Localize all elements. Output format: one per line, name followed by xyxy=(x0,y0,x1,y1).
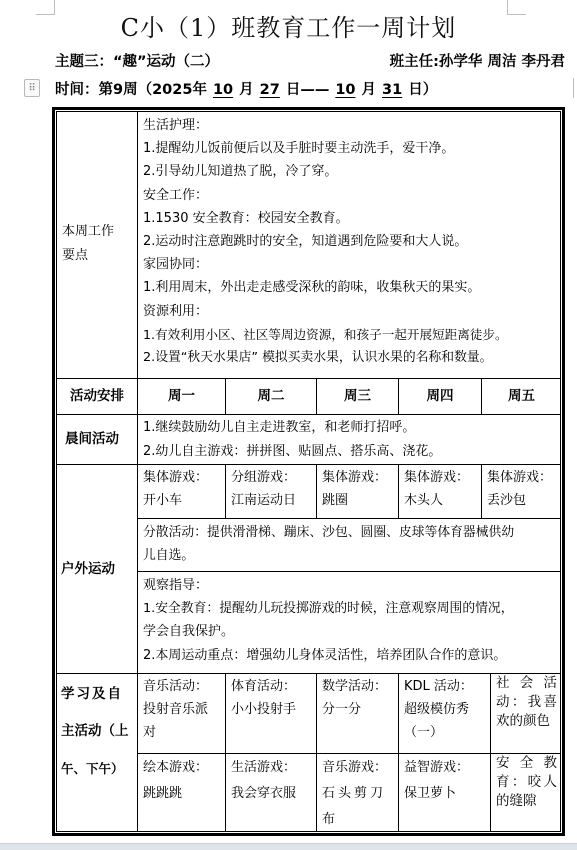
learning-fri-am: 社会活 动：我喜 欢的颜色 xyxy=(491,674,561,753)
timeline: 时间：第9周（2025年10月27日——10月31日） xyxy=(55,79,437,101)
timeline-suffix: 日） xyxy=(408,82,437,98)
morning-line: 2.幼儿自主游戏：拼拼图、贴圆点、搭乐高、浇花。 xyxy=(143,440,561,464)
label-line: 主活动（上 xyxy=(61,713,137,750)
learning-mon-am: 音乐活动： 投射音乐派 对 xyxy=(138,675,225,753)
month-label: 月 xyxy=(239,82,254,98)
schedule-header-label: 活动安排 xyxy=(57,379,137,414)
learning-fri-pm: 安全教 育：咬人 的缝隙 xyxy=(491,754,561,832)
end-day: 31 xyxy=(376,82,408,98)
game-name: 江南运动日 xyxy=(231,489,316,512)
month-label: 月 xyxy=(362,82,377,98)
activity-type: 音乐游戏： xyxy=(322,755,398,781)
learning-tue-pm: 生活游戏： 我会穿衣服 xyxy=(226,755,316,832)
game-name: 木头人 xyxy=(404,489,481,512)
ruler-tick xyxy=(573,78,577,98)
morning-label: 晨间活动 xyxy=(57,415,137,464)
focus-line: 1.利用周末，外出走走感受深秋的韵味，收集秋天的果实。 xyxy=(143,276,561,299)
outdoor-game-mon: 集体游戏： 开小车 xyxy=(138,465,225,518)
outdoor-game-thu: 集体游戏： 木头人 xyxy=(399,465,481,518)
end-month: 10 xyxy=(329,82,361,98)
activity-name: 欢的颜色 xyxy=(496,712,557,731)
outdoor-game-wed: 集体游戏： 跳圈 xyxy=(317,465,398,518)
learning-wed-pm: 音乐游戏： 石头剪刀 布 xyxy=(317,755,398,832)
learning-thu-am: KDL 活动： 超级模仿秀 （一） xyxy=(399,675,490,753)
scattered-line: 儿自选。 xyxy=(143,544,561,567)
label-line: 要点 xyxy=(62,244,137,268)
focus-line: 生活护理： xyxy=(143,114,561,137)
focus-line: 1.提醒幼儿饭前便后以及手脏时要主动洗手，爱干净。 xyxy=(143,137,561,160)
weekly-focus-label: 本周工作 要点 xyxy=(57,220,137,270)
guidance-line: 学会自我保护。 xyxy=(143,620,561,643)
page-bottom-bar xyxy=(0,843,577,850)
timeline-prefix: 时间：第9周（2025年 xyxy=(55,82,207,98)
label-line: 本周工作 xyxy=(62,220,137,244)
activity-name: 投射音乐派 xyxy=(143,698,225,721)
day-header-fri: 周五 xyxy=(482,379,561,414)
learning-mon-pm: 绘本游戏： 跳跳跳 xyxy=(138,755,225,832)
focus-line: 2.引导幼儿知道热了脱，冷了穿。 xyxy=(143,160,561,183)
activity-type: 社会活 xyxy=(496,674,557,693)
activity-name: 育：咬人 xyxy=(496,773,557,792)
learning-label: 学习及自 主活动（上 午、下午） xyxy=(57,676,137,832)
focus-line: 资源利用： xyxy=(143,300,561,323)
date-separator: 日—— xyxy=(286,82,330,98)
focus-line: 1.有效利用小区、社区等周边资源，和孩子一起开展短距离徒步。 xyxy=(143,323,561,346)
activity-type: 数学活动： xyxy=(322,675,398,698)
activity-type: 体育活动： xyxy=(231,675,316,698)
activity-name: 跳跳跳 xyxy=(143,781,225,807)
morning-content: 1.继续鼓励幼儿自主走进教室，和老师打招呼。 2.幼儿自主游戏：拼拼图、贴圆点、… xyxy=(138,415,561,464)
activity-type: 生活游戏： xyxy=(231,755,316,781)
outdoor-game-fri: 集体游戏： 丢沙包 xyxy=(482,465,561,518)
activity-name: 分一分 xyxy=(322,698,398,721)
activity-name: 布 xyxy=(322,807,398,832)
guidance-line: 1.安全教育：提醒幼儿玩投掷游戏的时候，注意观察周围的情况， xyxy=(143,597,561,620)
activity-name: 的缝隙 xyxy=(496,792,557,811)
subtitle-row: 主题三：“趣”运动（二） 班主任:孙学华 周洁 李丹君 xyxy=(55,51,565,73)
activity-name: 小小投射手 xyxy=(231,698,316,721)
focus-line: 安全工作： xyxy=(143,184,561,207)
activity-type: 益智游戏： xyxy=(404,755,490,781)
outdoor-scattered: 分散活动：提供滑滑梯、蹦床、沙包、圆圈、皮球等体育器械供幼 儿自选。 xyxy=(138,519,561,571)
outdoor-label: 户外运动 xyxy=(57,465,137,673)
focus-line: 1.1530 安全教育：校园安全教育。 xyxy=(143,207,561,230)
activity-name: 保卫萝卜 xyxy=(404,781,490,807)
label-line: 午、下午） xyxy=(61,750,137,787)
outdoor-guidance: 观察指导： 1.安全教育：提醒幼儿玩投掷游戏的时候，注意观察周围的情况， 学会自… xyxy=(138,572,561,673)
move-handle-icon[interactable]: ⠿ xyxy=(24,79,40,97)
morning-line: 1.继续鼓励幼儿自主走进教室，和老师打招呼。 xyxy=(143,416,561,440)
game-type: 分组游戏： xyxy=(231,466,316,489)
scattered-line: 分散活动：提供滑滑梯、蹦床、沙包、圆圈、皮球等体育器械供幼 xyxy=(143,521,561,544)
activity-name: 石头剪刀 xyxy=(322,781,398,807)
learning-thu-pm: 益智游戏： 保卫萝卜 xyxy=(399,755,490,832)
activity-name: 动：我喜 xyxy=(496,693,557,712)
game-type: 集体游戏： xyxy=(143,466,225,489)
label-line: 学习及自 xyxy=(61,676,137,713)
game-name: 丢沙包 xyxy=(487,489,561,512)
game-name: 开小车 xyxy=(143,489,225,512)
row-divider xyxy=(56,673,561,674)
day-header-thu: 周四 xyxy=(399,379,481,414)
activity-type: KDL 活动： xyxy=(404,675,490,698)
theme-label: 主题三：“趣”运动（二） xyxy=(55,51,219,73)
guidance-line: 观察指导： xyxy=(143,574,561,597)
focus-line: 家园协同： xyxy=(143,253,561,276)
day-header-tue: 周二 xyxy=(226,379,316,414)
activity-name: （一） xyxy=(404,721,490,744)
focus-line: 2.运动时注意跑跳时的安全，知道遇到危险要和大人说。 xyxy=(143,230,561,253)
teachers-label: 班主任:孙学华 周洁 李丹君 xyxy=(390,51,565,73)
learning-wed-am: 数学活动： 分一分 xyxy=(317,675,398,753)
activity-name: 对 xyxy=(143,721,225,744)
game-name: 跳圈 xyxy=(322,489,398,512)
start-day: 27 xyxy=(254,82,286,98)
game-type: 集体游戏： xyxy=(487,466,561,489)
day-header-wed: 周三 xyxy=(317,379,398,414)
day-header-mon: 周一 xyxy=(138,379,225,414)
weekly-focus-content: 生活护理： 1.提醒幼儿饭前便后以及手脏时要主动洗手，爱干净。 2.引导幼儿知道… xyxy=(138,114,561,378)
focus-line: 2.设置“秋天水果店” 模拟买卖水果，认识水果的名称和数量。 xyxy=(143,346,561,369)
guidance-line: 2.本周运动重点：增强幼儿身体灵活性，培养团队合作的意识。 xyxy=(143,644,561,667)
activity-type: 音乐活动： xyxy=(143,675,225,698)
game-type: 集体游戏： xyxy=(404,466,481,489)
activity-type: 绘本游戏： xyxy=(143,755,225,781)
learning-tue-am: 体育活动： 小小投射手 xyxy=(226,675,316,753)
game-type: 集体游戏： xyxy=(322,466,398,489)
outdoor-game-tue: 分组游戏： 江南运动日 xyxy=(226,465,316,518)
activity-name: 超级模仿秀 xyxy=(404,698,490,721)
activity-type: 安全教 xyxy=(496,754,557,773)
document-title: C小（1）班教育工作一周计划 xyxy=(0,13,577,43)
activity-name: 我会穿衣服 xyxy=(231,781,316,807)
start-month: 10 xyxy=(207,82,239,98)
